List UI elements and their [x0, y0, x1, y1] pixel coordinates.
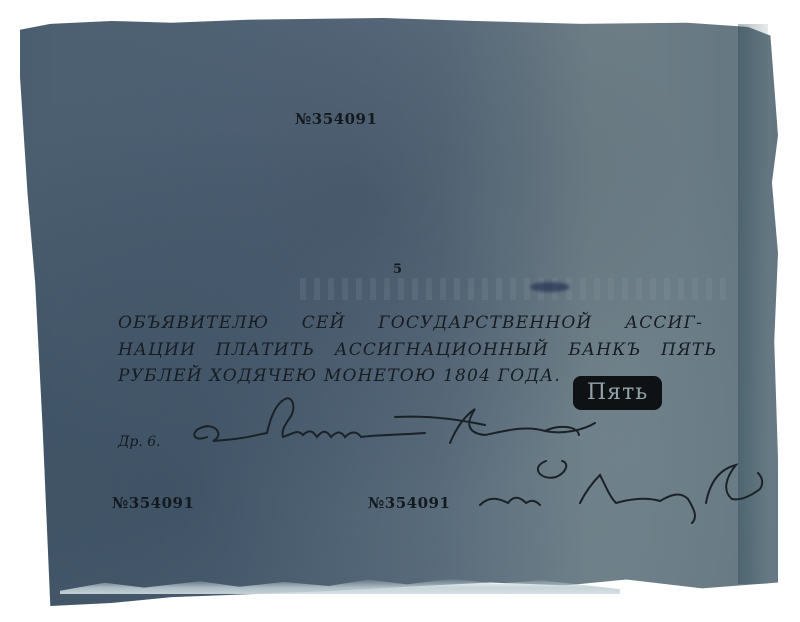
clerk-mark: Др. 6.	[118, 434, 161, 450]
text-line-1: Объявителю сей государственной ассиг-	[118, 313, 703, 333]
serial-number-bottom-left: №354091	[112, 494, 194, 512]
serial-number-bottom-center: №354091	[368, 494, 450, 512]
faded-watermark	[300, 278, 730, 300]
serial-number-top: №354091	[295, 110, 377, 128]
denomination-mark: 5	[393, 262, 402, 277]
ink-blot	[530, 282, 570, 292]
signature-cashier	[185, 395, 605, 455]
signature-director	[470, 455, 770, 530]
text-line-2: нации платить ассигнационный банкъ пять	[118, 340, 717, 360]
text-line-3: рублей ходячею монетою 1804 года.	[118, 366, 561, 386]
